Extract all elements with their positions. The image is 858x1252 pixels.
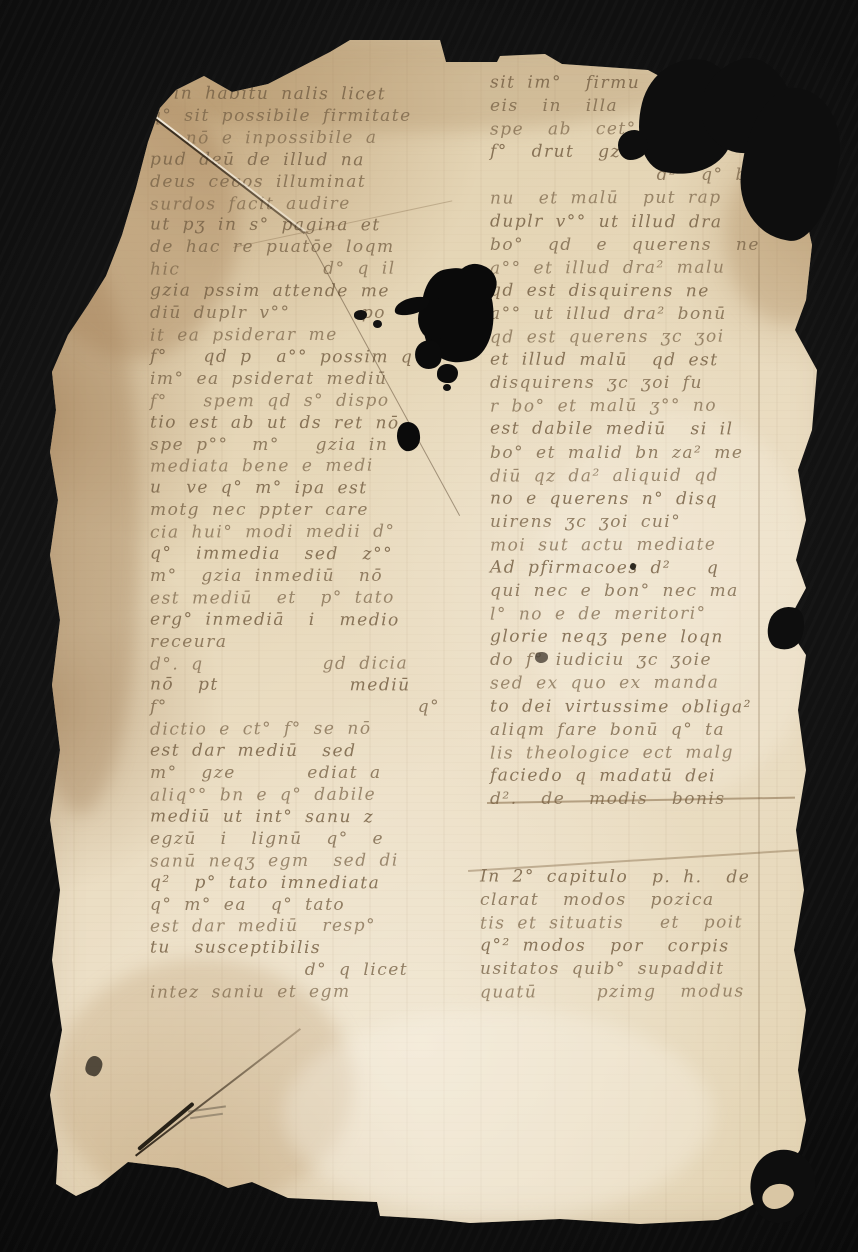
manuscript-text-line: no e querens n° disq (490, 487, 760, 511)
manuscript-text-line: r bo° et malū ʒ°° no (490, 395, 760, 419)
ink-blot (84, 1054, 105, 1077)
manuscript-text-line: do f° iudiciu ʒc ʒoie (490, 649, 760, 672)
manuscript-text-line: to dei virtussime obliga² (490, 695, 760, 719)
manuscript-text-line: it ea psiderar me (150, 324, 440, 347)
manuscript-text-line: nō pt mediū (150, 675, 440, 698)
manuscript-text-line: lis theologice ect malg (490, 741, 760, 765)
manuscript-text-line: duplr v°° ut illud dra (490, 210, 760, 234)
manuscript-text-line: aliq°° bn e q° dabile (150, 784, 440, 807)
manuscript-text-line: q² p° tato imnediata (150, 872, 440, 895)
manuscript-text-line: aliqm fare bonū q° ta (490, 719, 760, 742)
manuscript-text-line: q° immedia sed z°° (150, 544, 440, 567)
manuscript-text-line: uirens ʒc ʒoi cui° (490, 511, 760, 534)
manuscript-text-line: a°° et illud dra² malu (490, 256, 760, 280)
manuscript-text-line: d°. q gd dicia (150, 653, 440, 676)
stain (283, 1009, 713, 1219)
manuscript-text-line: moi sut actu mediate (490, 533, 760, 557)
manuscript-text-line: intez saniu et egm (150, 982, 440, 1005)
manuscript-text-line: qd est disquirens ne (490, 279, 760, 303)
manuscript-text-line: motg nec ppter care (150, 500, 440, 522)
manuscript-text-line: qui nec e bon° nec ma (490, 580, 760, 603)
right-text-column-upper: sit im° firmueis in illa vispe ab cet°f°… (490, 72, 760, 811)
worm-hole (373, 320, 382, 328)
manuscript-text-line: tis et situatis et poit (480, 911, 750, 935)
manuscript-page: in habitu nalis licetq° sit possibile fi… (38, 34, 838, 1234)
manuscript-text-line: cia hui° modi medii d° (150, 521, 440, 544)
manuscript-text-line: u ve q° m° ipa est (150, 478, 440, 501)
manuscript-text-line: In 2° capitulo p. h. de (480, 866, 750, 890)
manuscript-text-line: erg° inmediā i medio (150, 609, 440, 632)
manuscript-text-line: in habitu nalis licet (150, 83, 440, 106)
manuscript-text-line: m° gze ediat a (150, 763, 440, 785)
worm-hole (437, 364, 458, 383)
manuscript-text-line: d° q licet (150, 960, 440, 982)
photo-backdrop: in habitu nalis licetq° sit possibile fi… (0, 0, 858, 1252)
manuscript-page-wrap: in habitu nalis licetq° sit possibile fi… (38, 34, 838, 1234)
manuscript-text-line: dictio e ct° f° se nō (150, 719, 440, 742)
manuscript-text-line: q° m° ea q° tato (150, 895, 440, 917)
manuscript-text-line: tu susceptibilis (150, 938, 440, 961)
manuscript-text-line: est mediū et p° tato (150, 587, 440, 610)
manuscript-text-line: im° ea psiderat mediū (150, 369, 440, 391)
manuscript-text-line: diū qz da² aliquid qd (490, 464, 760, 488)
manuscript-text-line: gzia pssim attende me (150, 281, 440, 304)
manuscript-text-line: disquirens ʒc ʒoi fu (490, 372, 760, 395)
manuscript-text-line: qd est querens ʒc ʒoi (490, 325, 760, 349)
manuscript-text-line: faciedo q madatū dei (490, 764, 760, 788)
manuscript-text-line: est dar mediū resp° (150, 916, 440, 939)
fold-crease (758, 154, 760, 1194)
ink-blot (630, 563, 636, 570)
manuscript-text-line: q° sit possibile firmitate (150, 106, 440, 128)
manuscript-text-line: l° no e de meritori° (490, 603, 760, 627)
stain (20, 254, 140, 814)
manuscript-text-line: mediū ut int° sanu z (150, 806, 440, 829)
manuscript-text-line: nu et malū put rap (490, 187, 760, 211)
manuscript-text-line: f° q° (150, 697, 440, 719)
manuscript-text-line: m° gzia inmediū nō (150, 566, 440, 588)
manuscript-text-line: egzū i lignū q° e (150, 829, 440, 851)
manuscript-text-line: deus cecos illuminat (150, 172, 440, 194)
pencil-mark (188, 1105, 226, 1112)
manuscript-text-line: a°° ut illud dra² bonū (490, 303, 760, 326)
manuscript-text-line: de hac re puatōe loqm (150, 237, 440, 259)
manuscript-text-line: d² q° bo (490, 164, 760, 187)
manuscript-text-line: receura (150, 632, 440, 654)
manuscript-text-line: et illud malū qd est (490, 349, 760, 373)
manuscript-text-line: pud deū de illud na (150, 149, 440, 172)
manuscript-text-line: clarat modos pozica (480, 889, 750, 912)
manuscript-text-line: f° qd p a°° possim q (150, 346, 440, 369)
manuscript-text-line: q°² modos por corpis (480, 935, 750, 959)
worm-hole (354, 310, 367, 320)
crack-line (135, 1028, 301, 1156)
manuscript-text-line: Ad pfirmacoes d² q (490, 556, 760, 580)
right-text-column-lower: In 2° capitulo p. h. declarat modos pozi… (480, 866, 750, 1004)
manuscript-text-line: sanū neqʒ egm sed di (150, 850, 440, 873)
manuscript-text-line: bo° et malid bn za² me (490, 442, 760, 465)
manuscript-text-line: hic d° q il (150, 259, 440, 282)
manuscript-text-line: est dabile mediū si il (490, 418, 760, 442)
manuscript-text-line: usitatos quib° supaddit (480, 958, 750, 981)
manuscript-text-line: glorie neqʒ pene loqn (490, 626, 760, 650)
worm-hole (443, 384, 451, 391)
pencil-mark (190, 1113, 223, 1120)
manuscript-text-line: mediata bene e medi (150, 456, 440, 479)
manuscript-text-line: bo° qd e querens ne (490, 234, 760, 257)
crack-line (137, 1102, 195, 1151)
manuscript-text-line: sed ex quo ex manda (490, 672, 760, 696)
manuscript-text-line: quatū pzimg modus (480, 980, 750, 1004)
manuscript-text-line: est dar mediū sed (150, 741, 440, 764)
